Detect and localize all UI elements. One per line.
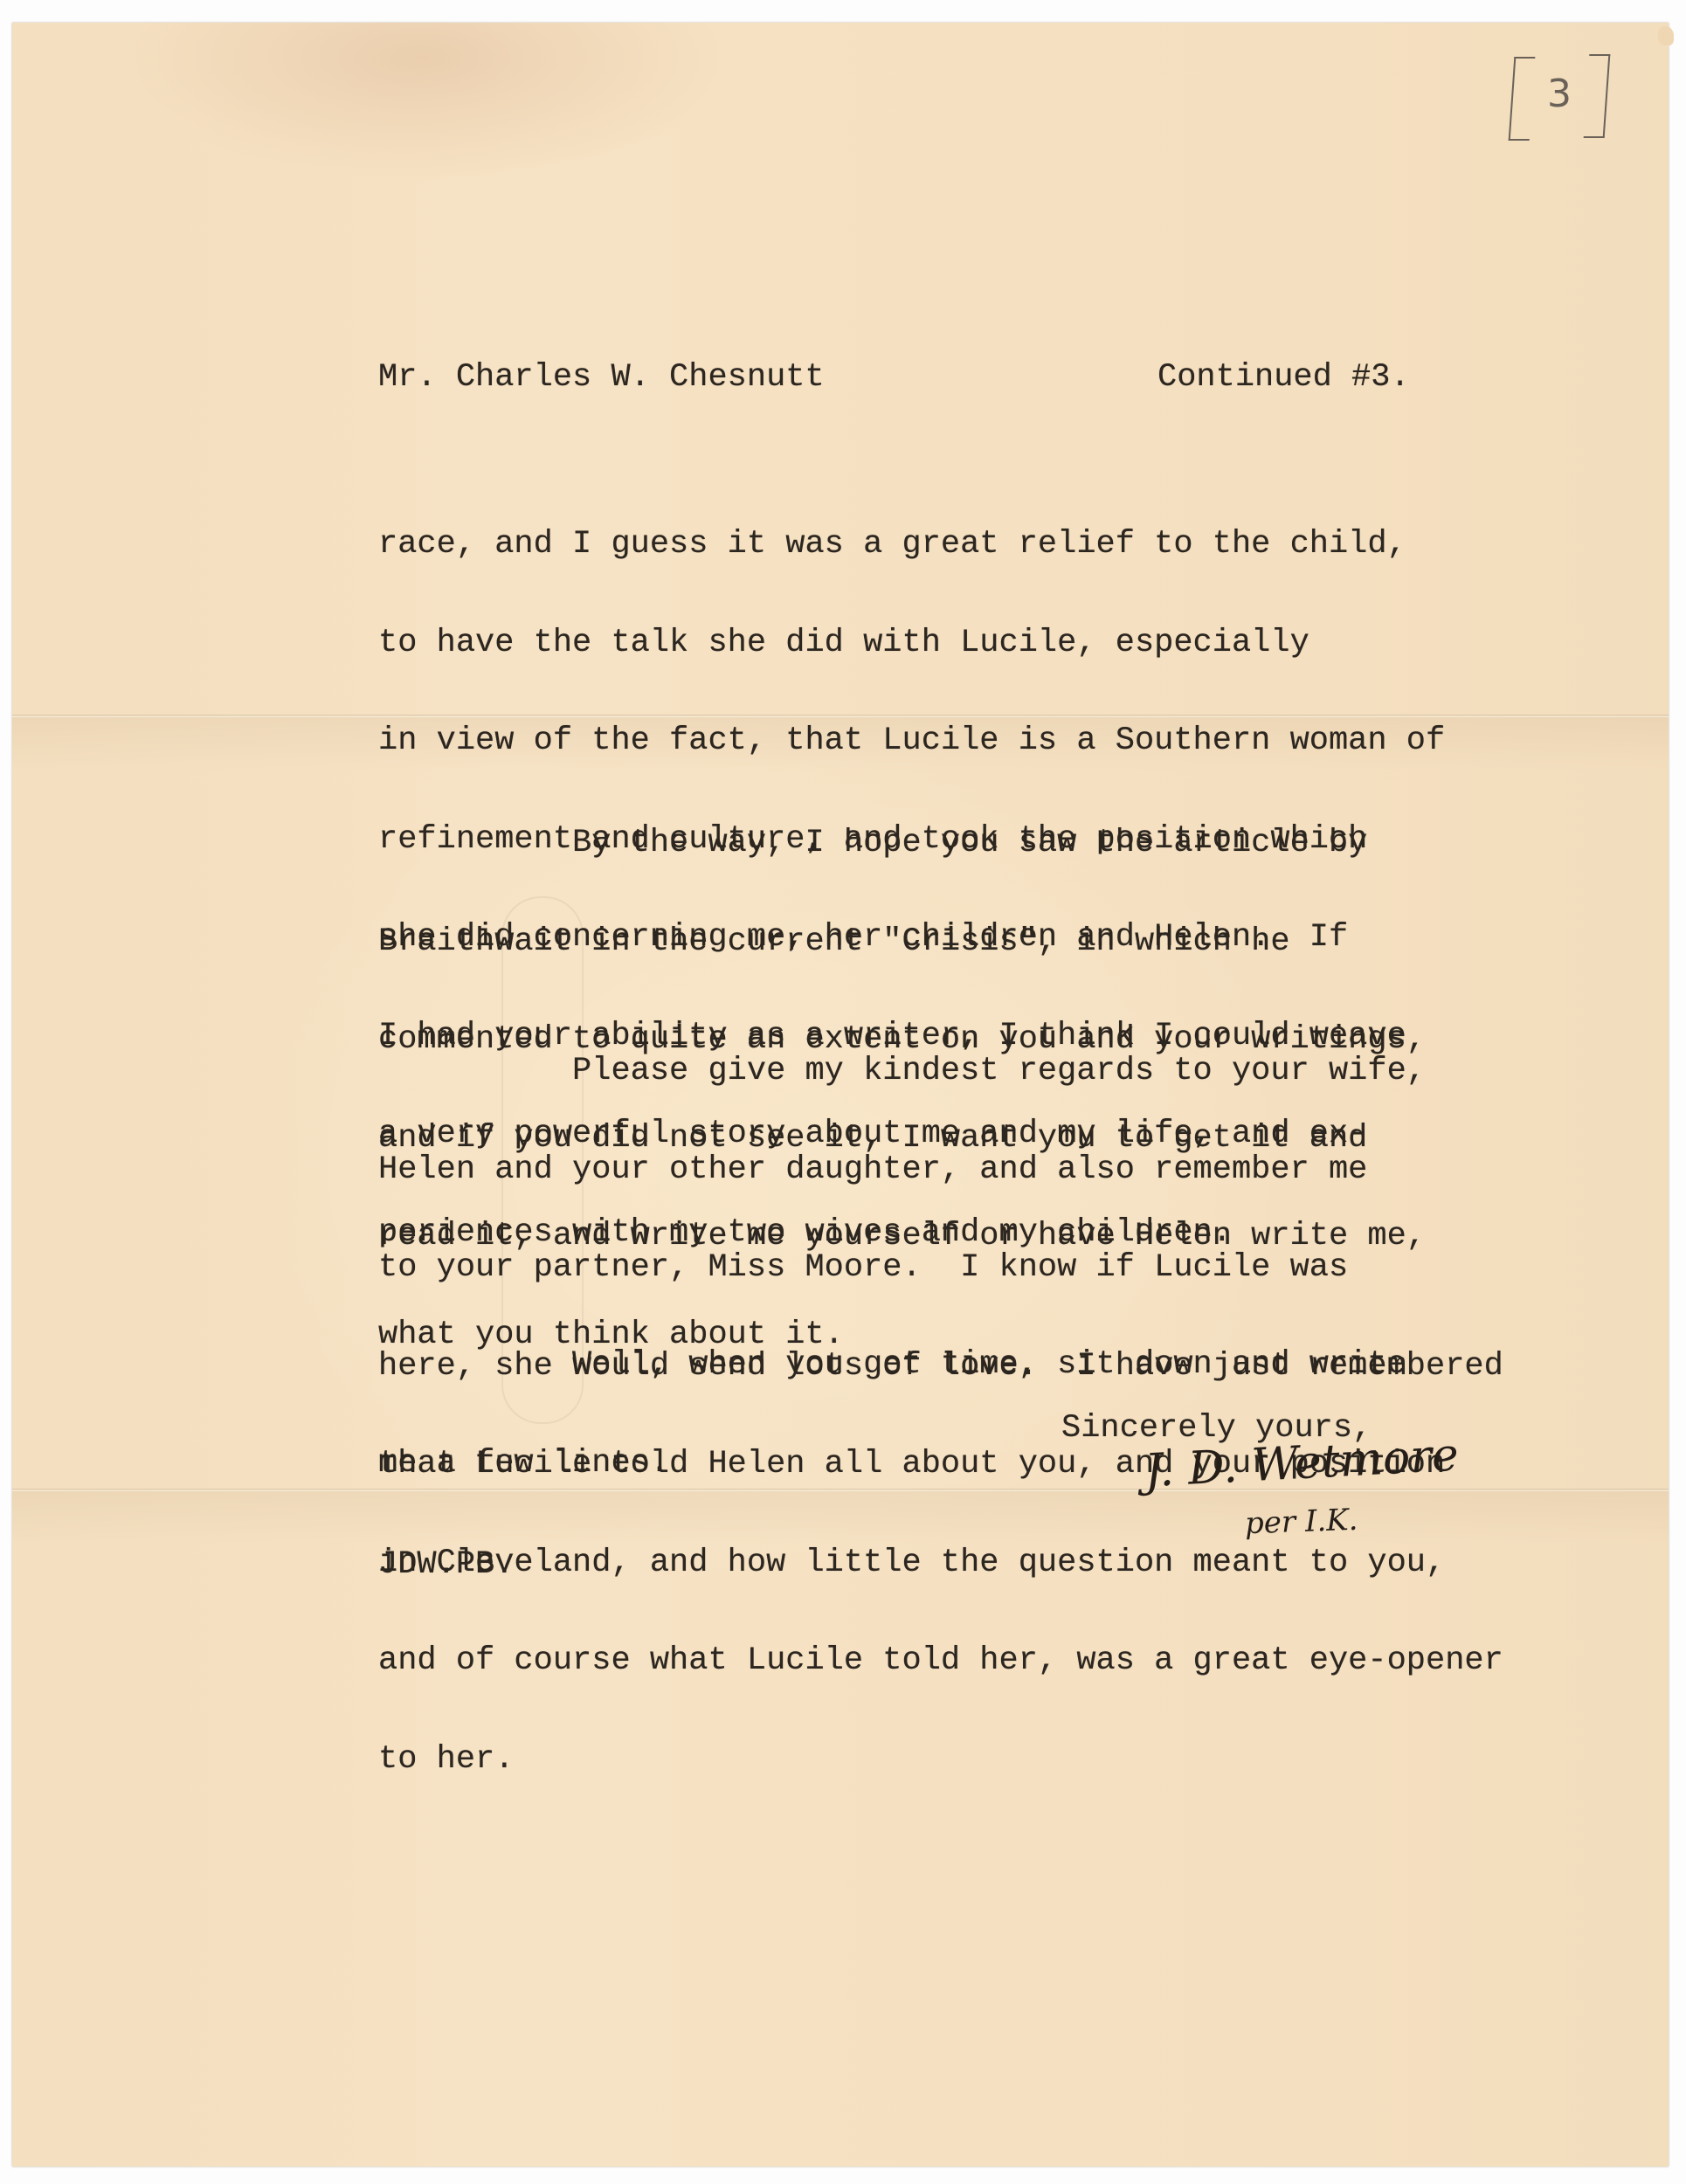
signature-per-initials: per I.K. (1244, 1503, 1358, 1541)
paragraph-line: Well, when you get time, sit down and wr… (378, 1349, 1406, 1382)
paragraph-line: in Cleveland, and how little the questio… (378, 1547, 1503, 1580)
paragraph-line: to have the talk she did with Lucile, es… (378, 627, 1445, 660)
paragraph-line: to your partner, Miss Moore. I know if L… (378, 1252, 1503, 1285)
paragraph-line: Braithwait in the current "Crisis", in w… (378, 926, 1426, 959)
paragraph-line: to her. (378, 1744, 1503, 1777)
continuation-label: Continued #3. (1157, 362, 1410, 395)
paragraph-line: race, and I guess it was a great relief … (378, 529, 1445, 562)
paragraph-line: By the way, I hope you saw the article b… (378, 827, 1426, 860)
paragraph-line: and of course what Lucile told her, was … (378, 1645, 1503, 1678)
paragraph-line: Please give my kindest regards to your w… (378, 1055, 1503, 1089)
page-number-annotation: 3 (1511, 52, 1607, 135)
reference-initials: JDW.PB. (378, 1549, 514, 1582)
paragraph-line: Helen and your other daughter, and also … (378, 1154, 1503, 1187)
addressee-heading: Mr. Charles W. Chesnutt (378, 362, 825, 395)
page-number-value: 3 (1547, 72, 1572, 116)
torn-corner (1658, 26, 1674, 45)
paragraph-line: in view of the fact, that Lucile is a So… (378, 725, 1445, 758)
